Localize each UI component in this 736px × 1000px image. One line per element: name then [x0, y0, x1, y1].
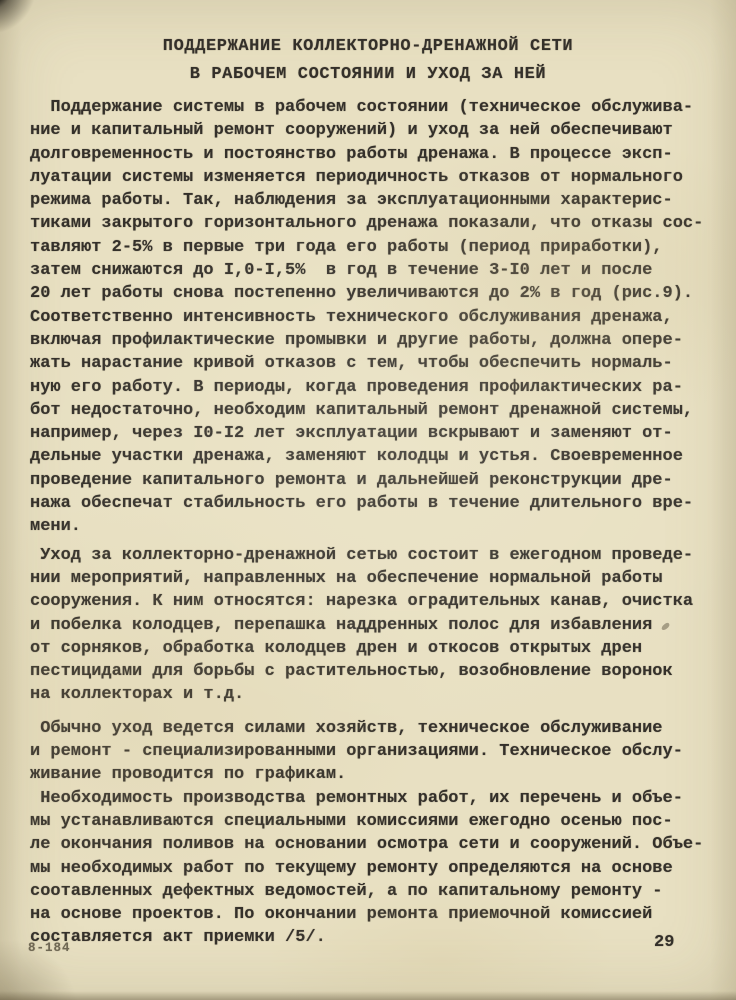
paragraph: Поддержание системы в рабочем состоянии …	[30, 96, 736, 539]
paragraph: Необходимость производства ремонтных раб…	[30, 787, 736, 950]
text-line: проведение капитального ремонта и дальне…	[30, 469, 736, 492]
text-line: мы необходимых работ по текущему ремонту…	[30, 857, 736, 880]
text-line: составляется акт приемки /5/.	[30, 926, 736, 949]
text-line: нии мероприятий, направленных на обеспеч…	[30, 567, 736, 590]
text-line: Поддержание системы в рабочем состоянии …	[30, 96, 736, 119]
text-line: живание проводится по графикам.	[30, 763, 736, 786]
text-line: луатации системы изменяется периодичност…	[30, 166, 736, 189]
text-line: Необходимость производства ремонтных раб…	[30, 787, 736, 810]
scanned-document-page: ПОДДЕРЖАНИЕ КОЛЛЕКТОРНО-ДРЕНАЖНОЙ СЕТИ В…	[0, 0, 736, 1000]
page-title: ПОДДЕРЖАНИЕ КОЛЛЕКТОРНО-ДРЕНАЖНОЙ СЕТИ В…	[0, 33, 736, 89]
text-line: ную его работу. В периоды, когда проведе…	[30, 376, 736, 399]
text-line: сооружения. К ним относятся: нарезка огр…	[30, 590, 736, 613]
page-title-line-2: В РАБОЧЕМ СОСТОЯНИИ И УХОД ЗА НЕЙ	[0, 61, 736, 89]
text-line: от сорняков, обработка колодцев дрен и о…	[30, 637, 736, 660]
paragraph: Уход за коллекторно-дренажной сетью сост…	[30, 544, 736, 707]
text-line: например, через I0-I2 лет эксплуатации в…	[30, 422, 736, 445]
text-line: жать нарастание кривой отказов с тем, чт…	[30, 352, 736, 375]
text-line: на коллекторах и т.д.	[30, 683, 736, 706]
text-line: Соответственно интенсивность техническог…	[30, 306, 736, 329]
page-title-line-1: ПОДДЕРЖАНИЕ КОЛЛЕКТОРНО-ДРЕНАЖНОЙ СЕТИ	[0, 33, 736, 61]
text-line: мы устанавливаются специальными комиссия…	[30, 810, 736, 833]
text-line: и побелка колодцев, перепашка наддренных…	[30, 614, 736, 637]
text-line: и ремонт - специализированными организац…	[30, 740, 736, 763]
text-line: соотавленных дефектных ведомостей, а по …	[30, 880, 736, 903]
text-line: дельные участки дренажа, заменяют колодц…	[30, 445, 736, 468]
text-line: тавляют 2-5% в первые три года его работ…	[30, 236, 736, 259]
text-line: пестицидами для борьбы с растительностью…	[30, 660, 736, 683]
paragraph: Обычно уход ведется силами хозяйств, тех…	[30, 717, 736, 787]
page-number: 29	[654, 933, 674, 952]
text-line: долговременность и постоянство работы др…	[30, 143, 736, 166]
text-line: ле окончания поливов на основании осмотр…	[30, 833, 736, 856]
text-line: включая профилактические промывки и друг…	[30, 329, 736, 352]
text-line: 20 лет работы снова постепенно увеличива…	[30, 282, 736, 305]
text-line: затем снижаются до I,0-I,5% в год в тече…	[30, 259, 736, 282]
text-line: Уход за коллекторно-дренажной сетью сост…	[30, 544, 736, 567]
text-line: мени.	[30, 515, 736, 538]
text-line: нажа обеспечат стабильность его работы в…	[30, 492, 736, 515]
text-line: ние и капитальный ремонт сооружений) и у…	[30, 119, 736, 142]
text-line: режима работы. Так, наблюдения за эксплу…	[30, 189, 736, 212]
body-text: Поддержание системы в рабочем состоянии …	[30, 96, 736, 950]
footer-imprint: 8-184	[28, 941, 71, 955]
text-line: тиками закрытого горизонтального дренажа…	[30, 212, 736, 235]
text-line: на основе проектов. По окончании ремонта…	[30, 903, 736, 926]
text-line: Обычно уход ведется силами хозяйств, тех…	[30, 717, 736, 740]
text-line: бот недостаточно, необходим капитальный …	[30, 399, 736, 422]
